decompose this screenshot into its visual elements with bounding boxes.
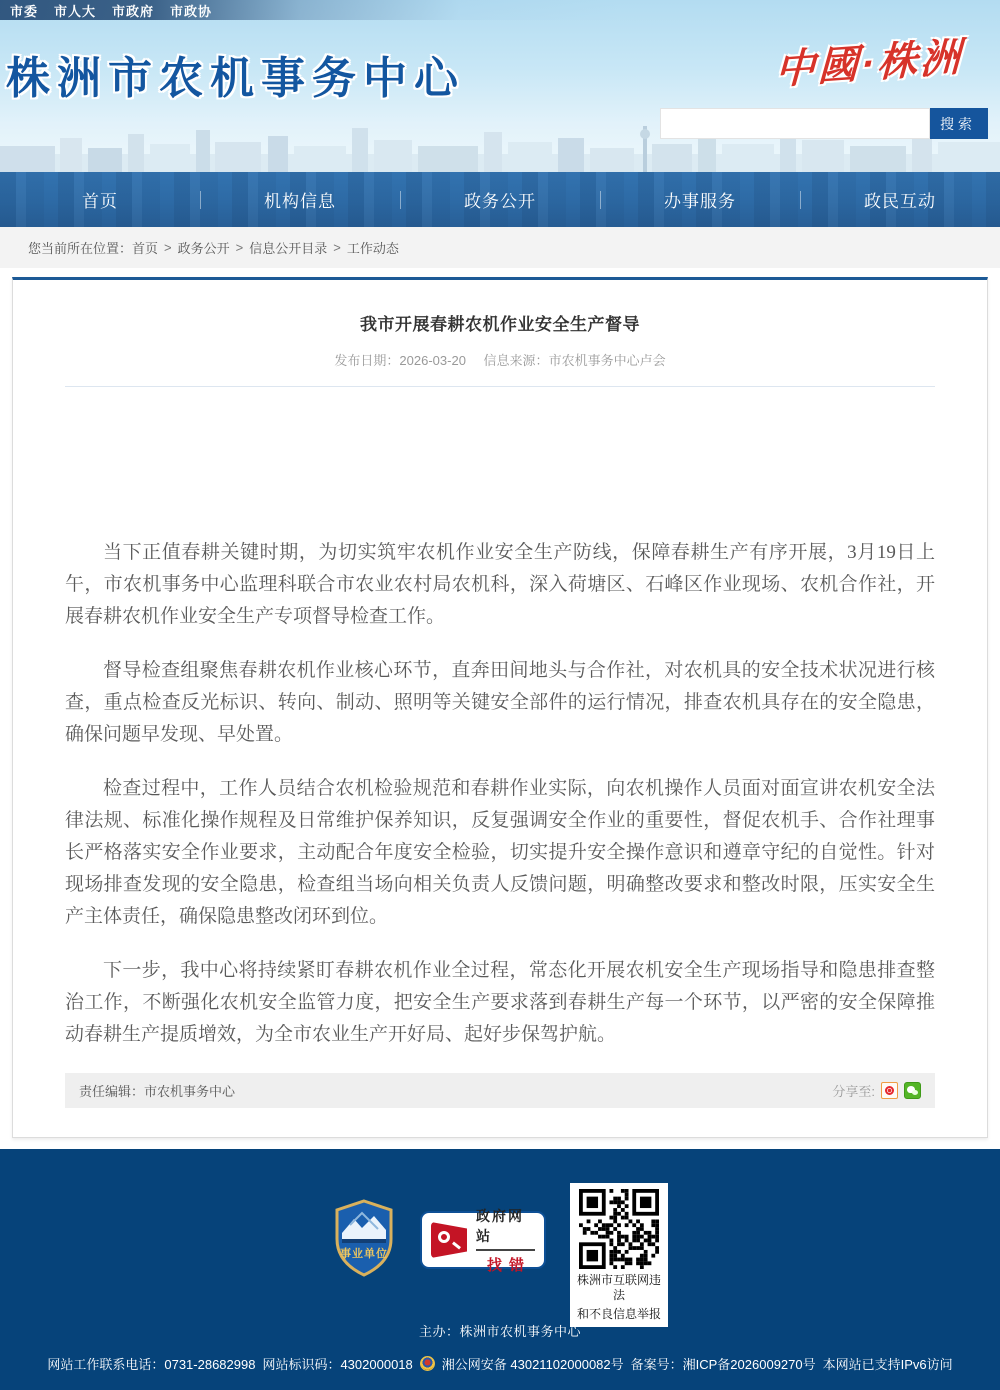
ipv6-note: 本网站已支持IPv6访问 (823, 1354, 953, 1373)
nav-item-services[interactable]: 办事服务 (600, 172, 800, 227)
weibo-share-icon[interactable] (881, 1082, 898, 1099)
nav-item-interaction[interactable]: 政民互动 (800, 172, 1000, 227)
report-qr-panel: 株洲市互联网违法 和不良信息举报 (570, 1183, 668, 1327)
topbar-link-shizhengxie[interactable]: 市政协 (170, 1, 212, 20)
topbar-link-shiwei[interactable]: 市委 (10, 1, 38, 20)
nav-item-home[interactable]: 首页 (0, 172, 200, 227)
breadcrumb-separator: > (236, 240, 244, 255)
shield-badge-label: 事业单位 (332, 1245, 396, 1261)
public-institution-shield-badge[interactable]: 事业单位 (332, 1199, 396, 1277)
magnifier-flag-icon (431, 1222, 467, 1258)
shield-icon (332, 1199, 396, 1277)
article-container: 我市开展春耕农机作业安全生产督导 发布日期：2026-03-20 信息来源：市农… (12, 277, 988, 1138)
police-filing-number[interactable]: 湘公网安备 43021102000082号 (442, 1354, 624, 1373)
topbar-link-shirenda[interactable]: 市人大 (54, 1, 96, 20)
source-label: 信息来源： (484, 353, 549, 368)
article-paragraph: 下一步，我中心将持续紧盯春耕农机作业全过程，常态化开展农机安全生产现场指导和隐患… (65, 955, 935, 1051)
police-badge-icon (420, 1356, 435, 1371)
breadcrumb-separator: > (333, 240, 341, 255)
breadcrumb-separator: > (164, 240, 172, 255)
host-label: 主办： (419, 1324, 460, 1339)
topbar-link-shizhengfu[interactable]: 市政府 (112, 1, 154, 20)
search-bar: 搜索 (660, 108, 988, 139)
footer-badges: 事业单位 政府网站 找错 株洲市互联网违法 和不良信息举报 (0, 1183, 1000, 1303)
editor-credit: 责任编辑：市农机事务中心 (79, 1081, 235, 1100)
gov-site-error-report-badge[interactable]: 政府网站 找错 (420, 1211, 546, 1269)
editor-bar: 责任编辑：市农机事务中心 分享至: (65, 1073, 935, 1108)
icp-filing-number: 备案号：湘ICP备2026009270号 (631, 1354, 816, 1373)
find-badge-text: 政府网站 找错 (476, 1206, 535, 1275)
qr-code (579, 1189, 659, 1269)
search-input[interactable] (660, 108, 930, 139)
host-value: 株洲市农机事务中心 (460, 1324, 582, 1339)
body-spacer (65, 387, 935, 537)
share-label: 分享至: (832, 1081, 875, 1100)
site-code: 网站标识码：4302000018 (262, 1354, 412, 1373)
top-link-bar: 市委 市人大 市政府 市政协 (0, 0, 1000, 20)
article-title: 我市开展春耕农机作业安全生产督导 (65, 310, 935, 335)
breadcrumb-info-catalog[interactable]: 信息公开目录 (249, 238, 327, 257)
contact-phone: 网站工作联系电话：0731-28682998 (47, 1354, 255, 1373)
find-badge-line2: 找错 (480, 1254, 531, 1275)
breadcrumb-work-news[interactable]: 工作动态 (347, 238, 399, 257)
brand-calligraphy-logo: 中國·株洲 (774, 25, 964, 95)
find-badge-line1: 政府网站 (476, 1206, 535, 1251)
nav-item-gov-disclosure[interactable]: 政务公开 (400, 172, 600, 227)
source-value: 市农机事务中心卢会 (549, 353, 666, 368)
site-footer: 事业单位 政府网站 找错 株洲市互联网违法 和不良信息举报 主办：株洲市农机事务… (0, 1149, 1000, 1390)
publish-date-label: 发布日期： (334, 353, 399, 368)
qr-caption-line1: 株洲市互联网违法 (574, 1273, 664, 1303)
editor-label: 责任编辑： (79, 1084, 144, 1099)
breadcrumb-label: 您当前所在位置： (28, 238, 132, 257)
main-navigation: 首页 机构信息 政务公开 办事服务 政民互动 (0, 172, 1000, 227)
editor-value: 市农机事务中心 (144, 1084, 235, 1099)
article-paragraph: 督导检查组聚焦春耕农机作业核心环节，直奔田间地头与合作社，对农机具的安全技术状况… (65, 655, 935, 751)
breadcrumb-gov-disclosure[interactable]: 政务公开 (178, 238, 230, 257)
site-title: 株洲市农机事务中心 (6, 42, 465, 106)
site-header: 市委 市人大 市政府 市政协 株洲市农机事务中心 中國·株洲 搜索 (0, 0, 1000, 172)
nav-item-org-info[interactable]: 机构信息 (200, 172, 400, 227)
article-meta: 发布日期：2026-03-20 信息来源：市农机事务中心卢会 (65, 350, 935, 369)
footer-info-line: 网站工作联系电话：0731-28682998 网站标识码：4302000018 … (0, 1354, 1000, 1373)
search-button[interactable]: 搜索 (930, 108, 988, 139)
publish-date: 2026-03-20 (399, 353, 466, 368)
page: 市委 市人大 市政府 市政协 株洲市农机事务中心 中國·株洲 搜索 (0, 0, 1000, 1390)
breadcrumb-home[interactable]: 首页 (132, 238, 158, 257)
wechat-share-icon[interactable] (904, 1082, 921, 1099)
article-paragraph: 检查过程中，工作人员结合农机检验规范和春耕作业实际，向农机操作人员面对面宣讲农机… (65, 773, 935, 933)
breadcrumb: 您当前所在位置： 首页 > 政务公开 > 信息公开目录 > 工作动态 (0, 227, 1000, 268)
magnifier-lens-icon (438, 1231, 450, 1243)
qr-caption-line2: 和不良信息举报 (574, 1307, 664, 1322)
article-paragraph: 当下正值春耕关键时期，为切实筑牢农机作业安全生产防线，保障春耕生产有序开展，3月… (65, 537, 935, 633)
weibo-eye-glyph (885, 1086, 894, 1095)
host-line: 主办：株洲市农机事务中心 (0, 1321, 1000, 1340)
share-widget: 分享至: (832, 1081, 921, 1100)
